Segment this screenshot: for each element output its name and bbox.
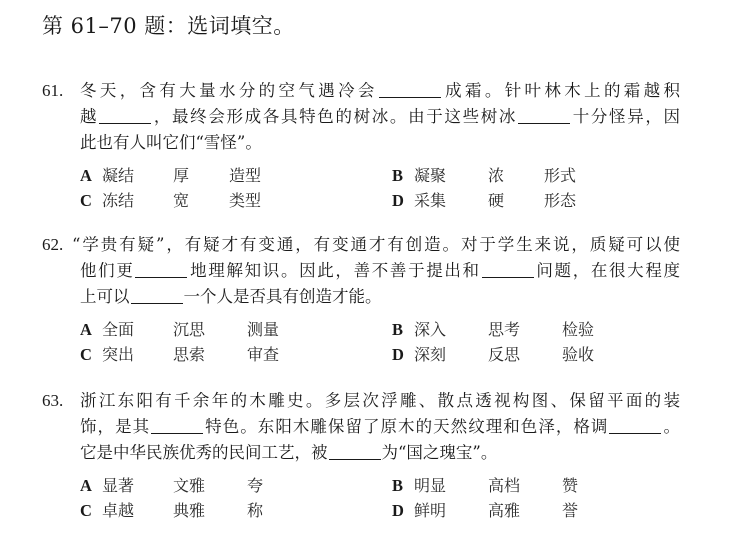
option-d[interactable]: D bbox=[392, 342, 414, 367]
options: A 全面 沉思 测量 B 深入 思考 检验 C 突出 思索 审查 D 深刻 反思… bbox=[80, 317, 680, 367]
text-line: 饰，是其特色。东阳木雕保留了原木的天然纹理和色泽，格调。 bbox=[80, 414, 680, 440]
answer-blank[interactable] bbox=[131, 284, 183, 304]
option-b[interactable]: B bbox=[392, 317, 414, 342]
answer-blank[interactable] bbox=[482, 258, 534, 278]
question-text: 浙江东阳有千余年的木雕史。多层次浮雕、散点透视构图、保留平面的装 饰，是其特色。… bbox=[80, 388, 680, 466]
option-a[interactable]: A bbox=[80, 473, 102, 498]
answer-blank[interactable] bbox=[379, 78, 441, 98]
options: A 显著 文雅 夸 B 明显 高档 赞 C 卓越 典雅 称 D 鲜明 高雅 誉 bbox=[80, 473, 680, 523]
answer-blank[interactable] bbox=[329, 440, 381, 460]
text-line: 他们更地理解知识。因此，善不善于提出和问题，在很大程度 bbox=[72, 258, 680, 284]
answer-blank[interactable] bbox=[151, 414, 203, 434]
options: A 凝结 厚 造型 B 凝聚 浓 形式 C 冻结 宽 类型 D 采集 硬 形态 bbox=[80, 163, 680, 213]
question-text: 冬天，含有大量水分的空气遇冷会成霜。针叶林木上的霜越积 越，最终会形成各具特色的… bbox=[80, 78, 680, 156]
text-line: 浙江东阳有千余年的木雕史。多层次浮雕、散点透视构图、保留平面的装 bbox=[80, 388, 680, 414]
answer-blank[interactable] bbox=[518, 104, 570, 124]
answer-blank[interactable] bbox=[99, 104, 151, 124]
option-c[interactable]: C bbox=[80, 498, 102, 523]
text-line: 它是中华民族优秀的民间工艺，被为“国之瑰宝”。 bbox=[80, 440, 680, 466]
option-d[interactable]: D bbox=[392, 498, 414, 523]
option-b[interactable]: B bbox=[392, 163, 414, 188]
text-line: 冬天，含有大量水分的空气遇冷会成霜。针叶林木上的霜越积 bbox=[80, 78, 680, 104]
option-c[interactable]: C bbox=[80, 342, 102, 367]
text-line: 越，最终会形成各具特色的树冰。由于这些树冰十分怪异，因 bbox=[80, 104, 680, 130]
text-line: 上可以一个人是否具有创造才能。 bbox=[72, 284, 680, 310]
question-number: 61. bbox=[42, 81, 63, 101]
option-d[interactable]: D bbox=[392, 188, 414, 213]
option-b[interactable]: B bbox=[392, 473, 414, 498]
question-number: 63. bbox=[42, 391, 63, 411]
question-text: “学贵有疑”，有疑才有变通，有变通才有创造。对于学生来说，质疑可以使 他们更地理… bbox=[72, 232, 680, 310]
answer-blank[interactable] bbox=[135, 258, 187, 278]
text-line: “学贵有疑”，有疑才有变通，有变通才有创造。对于学生来说，质疑可以使 bbox=[72, 232, 680, 258]
answer-blank[interactable] bbox=[609, 414, 661, 434]
text-line: 此也有人叫它们“雪怪”。 bbox=[80, 130, 680, 156]
option-c[interactable]: C bbox=[80, 188, 102, 213]
section-title: 第 61–70 题：选词填空。 bbox=[42, 10, 295, 40]
question-number: 62. bbox=[42, 235, 63, 255]
option-a[interactable]: A bbox=[80, 163, 102, 188]
option-a[interactable]: A bbox=[80, 317, 102, 342]
